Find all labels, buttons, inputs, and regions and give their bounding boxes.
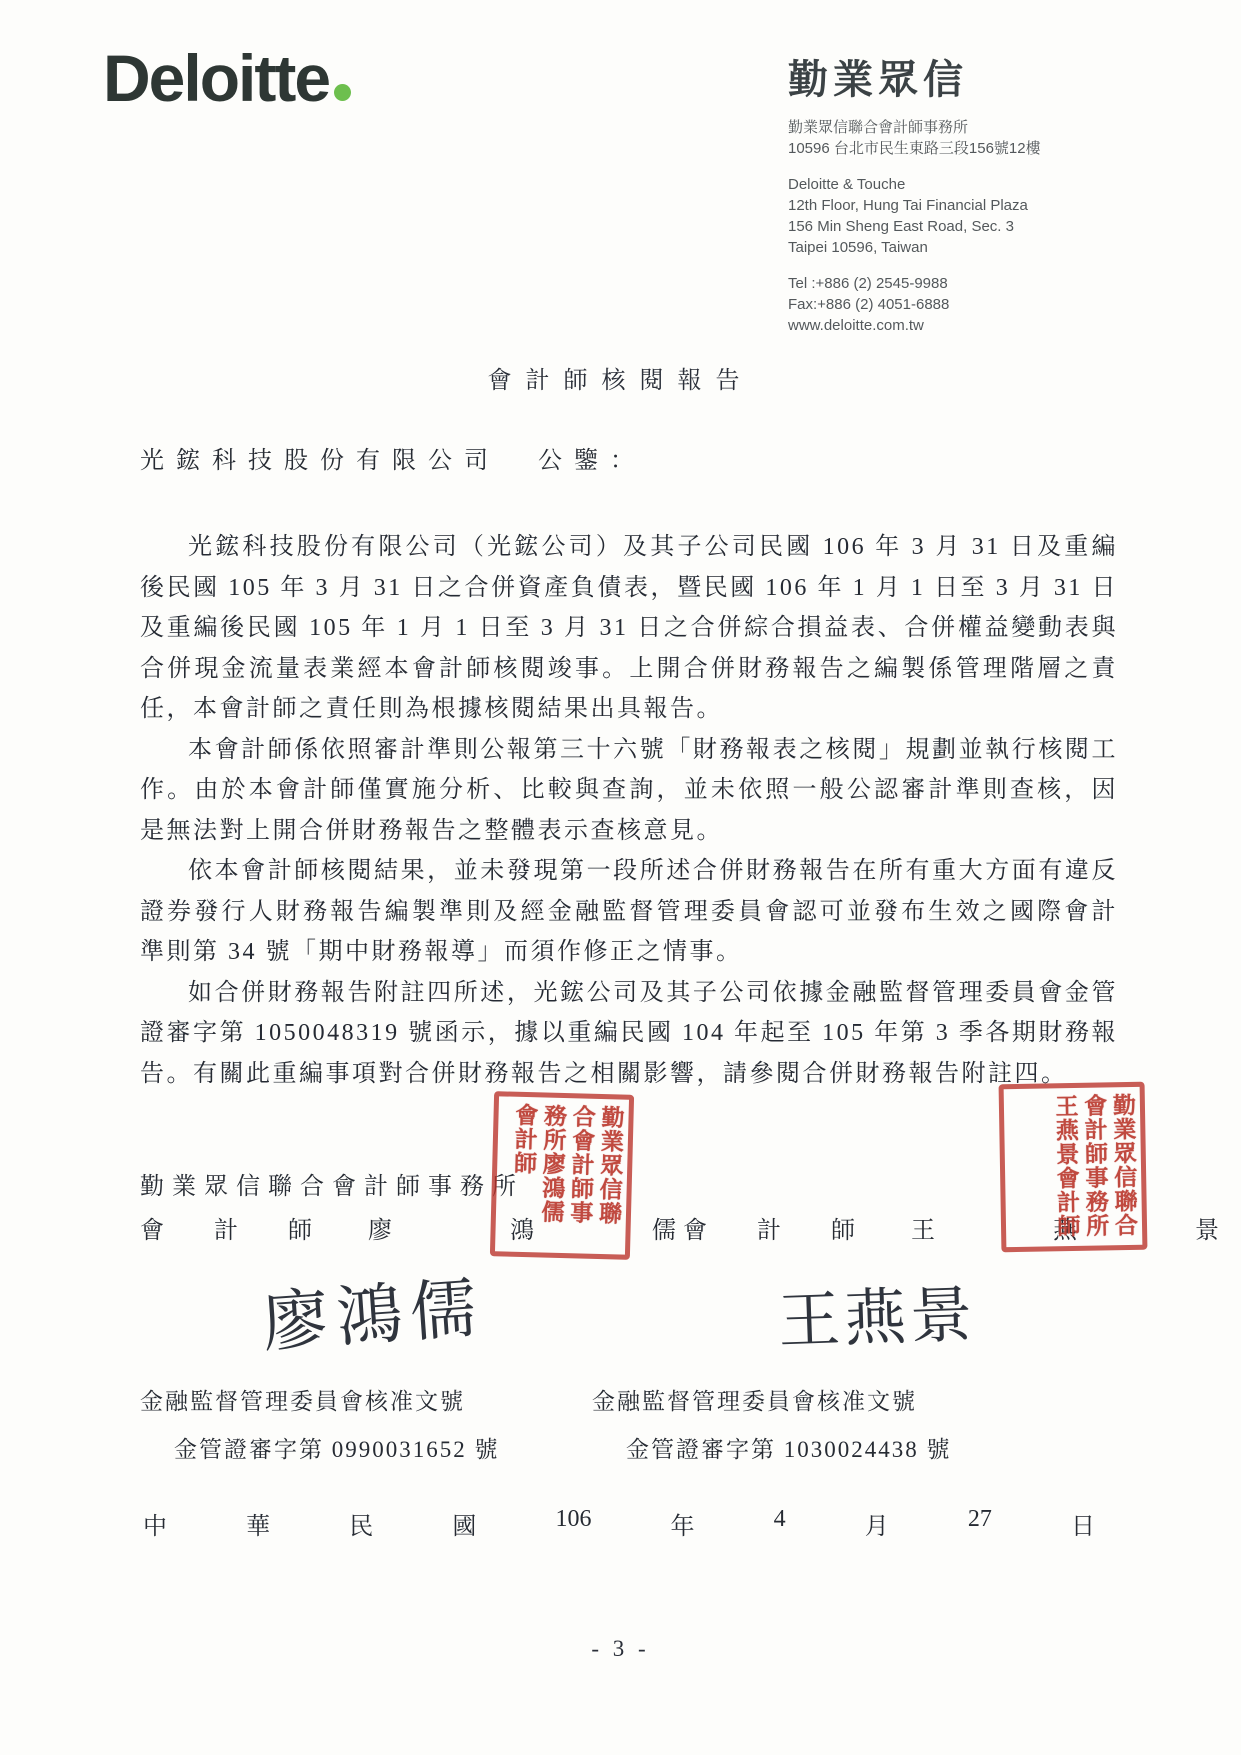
accountant-role-right: 會 計 師 <box>683 1218 877 1244</box>
firm-en-line: 12th Floor, Hung Tai Financial Plaza <box>788 195 1188 216</box>
date-char: 日 <box>1071 1506 1095 1541</box>
firm-tel: Tel :+886 (2) 2545-9988 <box>788 273 1188 294</box>
paragraph-2: 本會計師係依照審計準則公報第三十六號「財務報表之核閱」規劃並執行核閱工作。由於本… <box>140 730 1118 852</box>
firm-en-line: Taipei 10596, Taiwan <box>788 237 1188 258</box>
paragraph-4: 如合併財務報告附註四所述，光鋐公司及其子公司依據金融監督管理委員會金管證審字第 … <box>140 973 1118 1095</box>
date-char: 中 <box>143 1506 167 1541</box>
date-char: 月 <box>865 1506 889 1541</box>
page-number: - 3 - <box>0 1636 1241 1662</box>
approval-block-left: 金融監督管理委員會核准文號 金管證審字第 0990031652 號 <box>140 1383 500 1464</box>
approval-number-left: 金管證審字第 0990031652 號 <box>174 1431 500 1464</box>
accountant-role-left: 會 計 師 <box>140 1218 334 1244</box>
letterhead-block: 勤業眾信 勤業眾信聯合會計師事務所 10596 台北市民生東路三段156號12樓… <box>788 48 1188 351</box>
paragraph-1: 光鋐科技股份有限公司（光鋐公司）及其子公司民國 106 年 3 月 31 日及重… <box>140 527 1118 730</box>
firm-website: www.deloitte.com.tw <box>788 315 1188 336</box>
firm-contact: Tel :+886 (2) 2545-9988 Fax:+886 (2) 405… <box>788 273 1188 336</box>
firm-address-chinese: 勤業眾信聯合會計師事務所 10596 台北市民生東路三段156號12樓 <box>788 117 1188 159</box>
signing-firm-name: 勤業眾信聯合會計師事務所 <box>140 1166 524 1201</box>
handwritten-signature-left: 廖鴻儒 <box>259 1254 487 1364</box>
report-title: 會計師核閱報告 <box>0 360 1241 395</box>
red-seal-stamp-left: 勤業眾信聯合會計師事務所廖鴻儒會計師 <box>490 1091 634 1260</box>
approval-title-right: 金融監督管理委員會核准文號 <box>592 1383 952 1416</box>
paragraph-3: 依本會計師核閱結果，並未發現第一段所述合併財務報告在所有重大方面有違反證券發行人… <box>140 851 1118 973</box>
accountant-line-left: 會 計 師廖 鴻 儒 <box>140 1210 732 1245</box>
logo-green-dot-icon <box>334 84 351 101</box>
firm-cn-line: 勤業眾信聯合會計師事務所 <box>788 117 1188 138</box>
date-year: 106 <box>555 1506 591 1541</box>
deloitte-logo-text: Deloitte <box>103 41 329 115</box>
firm-en-line: 156 Min Sheng East Road, Sec. 3 <box>788 216 1188 237</box>
date-char: 民 <box>349 1506 373 1541</box>
date-char: 國 <box>452 1506 476 1541</box>
roc-date-line: 中 華 民 國 106 年 4 月 27 日 <box>143 1506 1095 1541</box>
firm-fax: Fax:+886 (2) 4051-6888 <box>788 294 1188 315</box>
addressee-company: 光鋐科技股份有限公司 <box>140 448 500 474</box>
addressee-greeting: 公鑒： <box>538 448 646 474</box>
red-seal-stamp-right: 勤業眾信聯合會計師事務所王燕景會計師 <box>999 1082 1148 1253</box>
approval-title-left: 金融監督管理委員會核准文號 <box>140 1383 500 1416</box>
firm-address-english: Deloitte & Touche 12th Floor, Hung Tai F… <box>788 174 1188 258</box>
approval-number-right: 金管證審字第 1030024438 號 <box>626 1431 952 1464</box>
date-month: 4 <box>774 1506 786 1541</box>
accountant-line-right: 會 計 師王 燕 景 <box>683 1210 1241 1245</box>
addressee-line: 光鋐科技股份有限公司公鑒： <box>140 440 646 475</box>
firm-name-chinese: 勤業眾信 <box>788 48 1188 105</box>
handwritten-signature-right: 王燕景 <box>777 1265 978 1361</box>
firm-en-line: Deloitte & Touche <box>788 174 1188 195</box>
scanned-review-report-page: Deloitte 勤業眾信 勤業眾信聯合會計師事務所 10596 台北市民生東路… <box>0 0 1241 1755</box>
date-day: 27 <box>968 1506 992 1541</box>
approval-block-right: 金融監督管理委員會核准文號 金管證審字第 1030024438 號 <box>592 1383 952 1464</box>
firm-cn-line: 10596 台北市民生東路三段156號12樓 <box>788 138 1188 159</box>
deloitte-logo: Deloitte <box>103 40 351 116</box>
date-char: 年 <box>671 1506 695 1541</box>
date-char: 華 <box>246 1506 270 1541</box>
report-body: 光鋐科技股份有限公司（光鋐公司）及其子公司民國 106 年 3 月 31 日及重… <box>140 527 1118 1094</box>
